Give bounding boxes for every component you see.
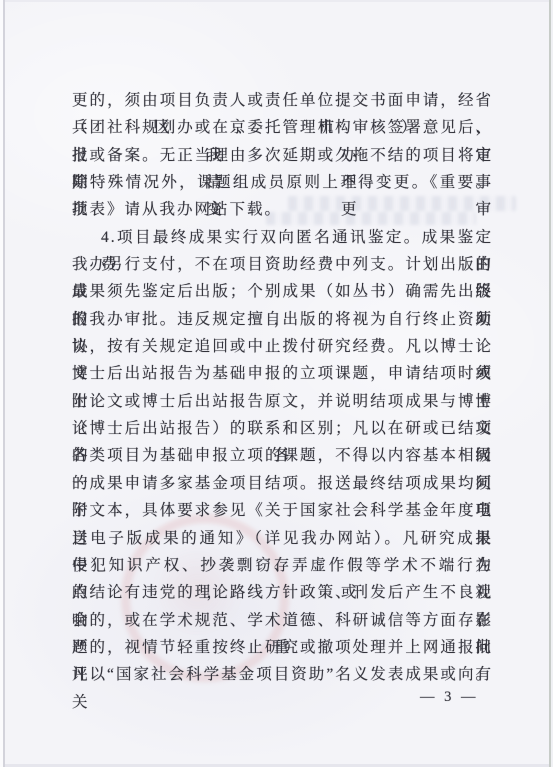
text-line: 响的，或在学术规范、学术道德、科研诚信等方面存在严重问 xyxy=(72,607,493,634)
text-line: 除特殊情况外，课题组成员原则上不得变更。《重要事项变更审 xyxy=(72,169,493,196)
text-line: 更的，须由项目负责人或责任单位提交书面申请，经省（区、市）、 xyxy=(72,87,493,114)
scanned-document-page: 更的，须由项目负责人或责任单位提交书面申请，经省（区、市）、兵团社科规划办或在京… xyxy=(0,0,553,767)
text-line: （博士后出站报告）的联系和区别；凡以在研或已结项的各级 xyxy=(72,415,493,442)
text-line: 我办另行支付，不在项目资助经费中列支。计划出版的最终 xyxy=(72,251,493,278)
text-line: 凡以“国家社会科学基金项目资助”名义发表成果或向有关 xyxy=(72,661,493,688)
text-line: 报我办审批。违反规定擅自出版的将视为自行终止资助协 xyxy=(72,306,493,333)
text-line: 议，按有关规定追回或中止拨付研究经费。凡以博士论文或 xyxy=(72,333,493,360)
text-line: 4.项目最终成果实行双向匿名通讯鉴定。成果鉴定费由 xyxy=(72,224,493,251)
scan-edge-top xyxy=(0,0,553,2)
text-line: 士论文或博士后出站报告原文，并说明结项成果与博士论文 xyxy=(72,388,493,415)
text-line: 一成果申请多家基金项目结项。报送最终结项成果均须附电 xyxy=(72,470,493,497)
text-line: 成果须先鉴定后出版；个别成果（如丛书）确需先出版的，须 xyxy=(72,278,493,305)
text-line: 送电子版成果的通知》（详见我办网站）。凡研究成果中存在 xyxy=(72,525,493,552)
text-line: 批或备案。无正当理由多次延期或久拖不结的项目将定期清理。 xyxy=(72,142,493,169)
body-text: 更的，须由项目负责人或责任单位提交书面申请，经省（区、市）、兵团社科规划办或在京… xyxy=(72,87,493,689)
text-line: 各类项目为基础申报立项的课题，不得以内容基本相同的同 xyxy=(72,442,493,469)
scan-edge-left-line xyxy=(3,0,5,767)
text-line: 子文本，具体要求参见《关于国家社会科学基金年度项目报 xyxy=(72,497,493,524)
text-line: 点结论有违党的理论路线方针政策、刊发后产生不良社会影 xyxy=(72,579,493,606)
text-line: 兵团社科规划办或在京委托管理机构审核签署意见后，报我办审 xyxy=(72,114,493,141)
text-line: 题的，视情节轻重按终止研究或撤项处理并上网通报批评。 xyxy=(72,634,493,661)
text-line: 博士后出站报告为基础申报的立项课题，申请结项时须附博 xyxy=(72,360,493,387)
text-line: 侵犯知识产权、抄袭剽窃、弄虚作假等学术不端行为的，或观 xyxy=(72,552,493,579)
page-number: — 3 — xyxy=(420,689,479,706)
